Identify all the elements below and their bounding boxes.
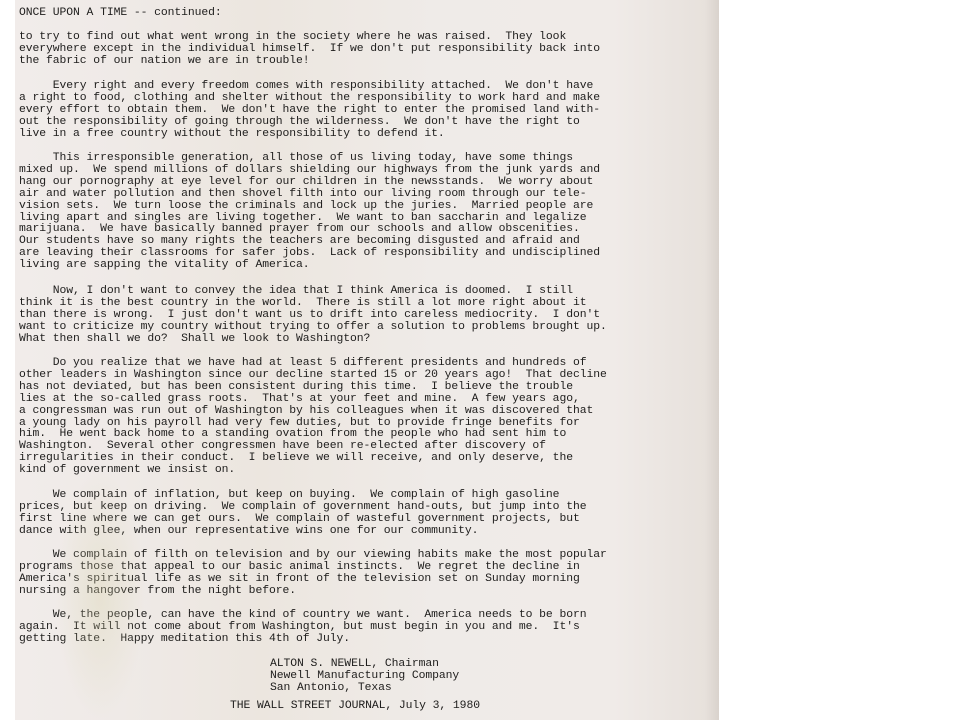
paragraph: We complain of filth on television and b…: [19, 550, 607, 598]
text-line: every effort to obtain them. We don't ha…: [19, 105, 600, 117]
document-text: ONCE UPON A TIME -- continued: to try to…: [19, 0, 719, 107]
source-citation: THE WALL STREET JOURNAL, July 3, 1980: [230, 701, 480, 713]
text-line: living are sapping the vitality of Ameri…: [19, 260, 600, 272]
text-line: the fabric of our nation we are in troub…: [19, 56, 600, 68]
text-line: vision sets. We turn loose the criminals…: [19, 201, 600, 213]
text-line: live in a free country without the respo…: [19, 129, 600, 141]
text-line: kind of government we insist on.: [19, 465, 607, 477]
scanned-document-page: ONCE UPON A TIME -- continued: to try to…: [15, 0, 719, 720]
text-line: has not deviated, but has been consisten…: [19, 382, 607, 394]
text-line: than there is wrong. I just don't want u…: [19, 310, 607, 322]
paragraph: Now, I don't want to convey the idea tha…: [19, 286, 607, 346]
paragraph: We, the people, can have the kind of cou…: [19, 610, 586, 646]
text-line: dance with glee, when our representative…: [19, 526, 586, 538]
text-line: first line where we can get ours. We com…: [19, 514, 586, 526]
text-line: air and water pollution and then shovel …: [19, 189, 600, 201]
paragraph: to try to find out what went wrong in th…: [19, 32, 600, 68]
text-line: a congressman was run out of Washington …: [19, 406, 607, 418]
document-heading: ONCE UPON A TIME -- continued:: [19, 8, 222, 20]
paragraph: Do you realize that we have had at least…: [19, 358, 607, 477]
text-line: hang our pornography at eye level for ou…: [19, 177, 600, 189]
signature-location: San Antonio, Texas: [270, 683, 392, 695]
text-line: out the responsibility of going through …: [19, 117, 600, 129]
text-line: lies at the so-called grass roots. That'…: [19, 394, 607, 406]
text-line: want to criticize my country without try…: [19, 322, 607, 334]
paragraph: This irresponsible generation, all those…: [19, 153, 600, 272]
text-line: America's spiritual life as we sit in fr…: [19, 574, 607, 586]
text-line: getting late. Happy meditation this 4th …: [19, 634, 586, 646]
text-line: What then shall we do? Shall we look to …: [19, 334, 607, 346]
text-line: nursing a hangover from the night before…: [19, 586, 607, 598]
paragraph: Every right and every freedom comes with…: [19, 81, 600, 141]
paragraph: We complain of inflation, but keep on bu…: [19, 490, 586, 538]
